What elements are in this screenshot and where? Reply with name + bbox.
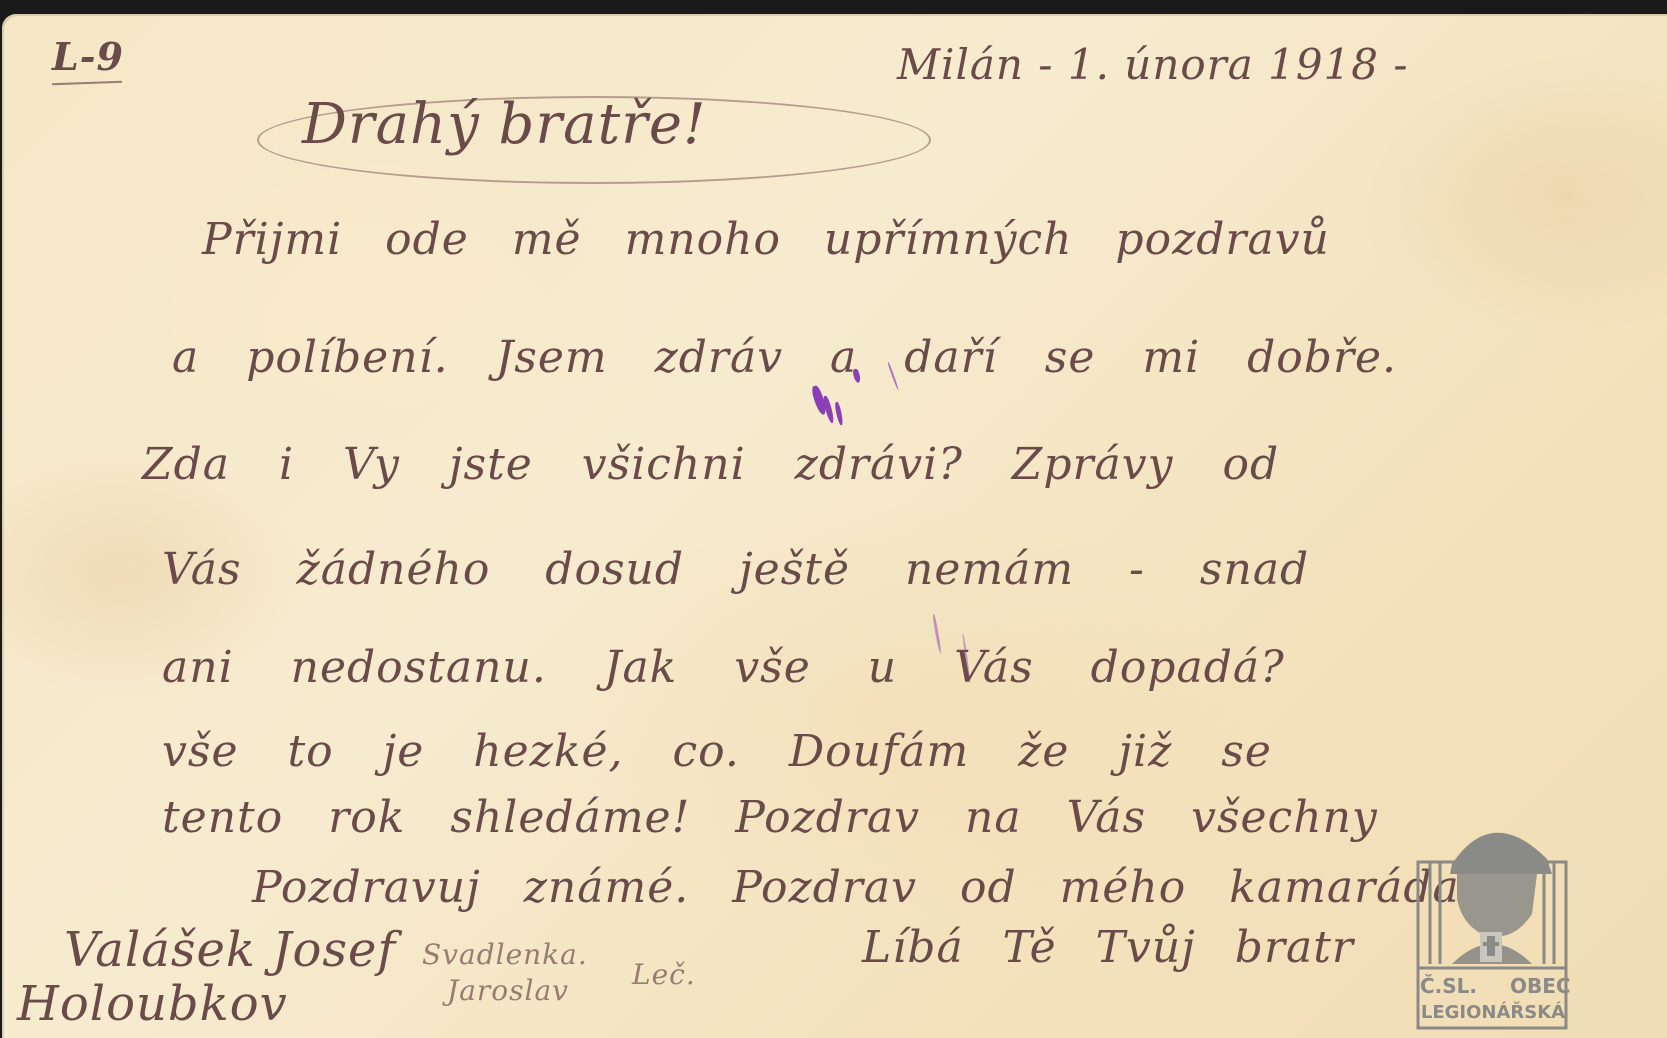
- body-line-3: Zda i Vy jste všichni zdrávi? Zprávy od: [142, 439, 1279, 490]
- body-line-4: Vás žádného dosud ještě nemám - snad: [162, 544, 1309, 595]
- signature-name: Valášek Josef: [64, 922, 396, 978]
- emblem-text-2: OBEC: [1510, 974, 1571, 998]
- signature-unit-tag: Leč.: [632, 958, 696, 991]
- body-line-2: a políbení. Jsem zdráv a daří se mi dobř…: [172, 332, 1397, 383]
- stamp-smudge: [834, 401, 844, 426]
- emblem-text-1: Č.SL.: [1420, 974, 1477, 998]
- closing: Líbá Tě Tvůj bratr: [862, 922, 1354, 973]
- signature-place: Holoubkov: [17, 976, 288, 1032]
- postcard: L-9 Milán - 1. února 1918 - Drahý bratře…: [2, 14, 1667, 1038]
- body-line-6: vše to je hezké, co. Doufám že již se: [162, 726, 1272, 777]
- body-line-1: Přijmi ode mě mnoho upřímných pozdravů: [202, 214, 1330, 265]
- archive-mark: L-9: [52, 34, 124, 79]
- signature-unit-2: Jaroslav: [447, 974, 569, 1007]
- archive-mark-underline: [52, 81, 122, 85]
- body-line-7: tento rok shledáme! Pozdrav na Vás všech…: [162, 792, 1378, 843]
- signature-unit-1: Svadlenka.: [422, 938, 588, 971]
- body-line-8: Pozdravuj známé. Pozdrav od mého kamarád…: [252, 862, 1460, 913]
- emblem-text-3: LEGIONÁŘSKÁ: [1420, 1002, 1566, 1023]
- place-date: Milán - 1. února 1918 -: [897, 40, 1409, 89]
- legion-emblem: Č.SL. OBEC LEGIONÁŘSKÁ: [1412, 804, 1572, 1030]
- body-line-5: ani nedostanu. Jak vše u Vás dopadá?: [162, 642, 1285, 693]
- greeting: Drahý bratře!: [302, 92, 706, 157]
